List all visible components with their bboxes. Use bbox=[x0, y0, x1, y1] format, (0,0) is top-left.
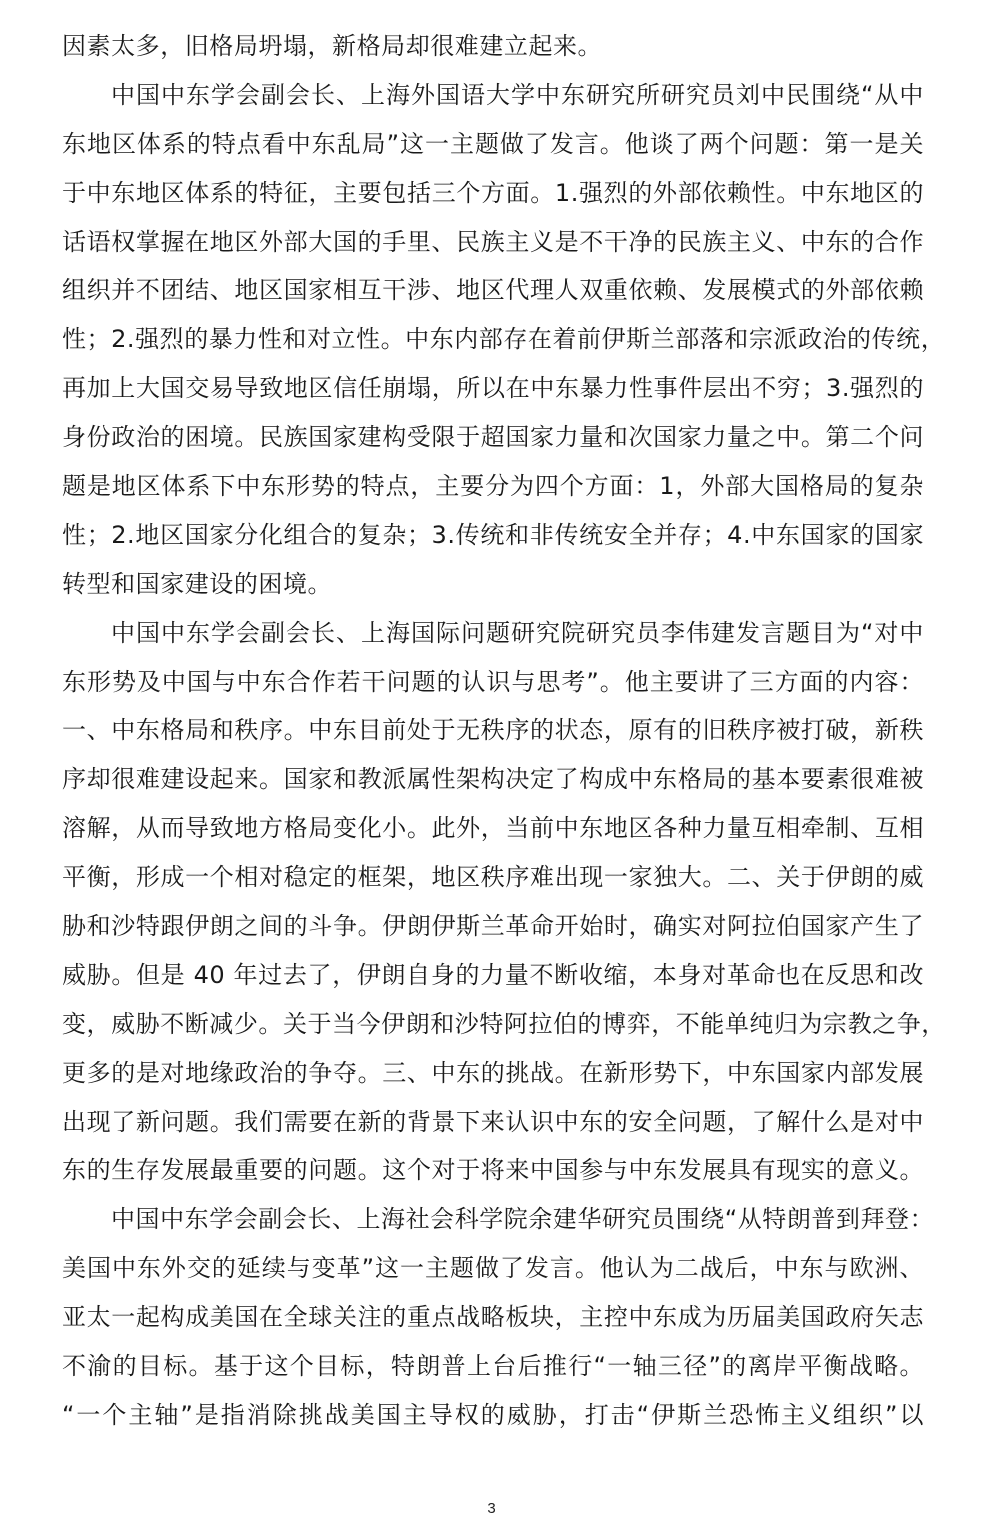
text-line: 性；2.强烈的暴力性和对立性。中东内部存在着前伊斯兰部落和宗派政治的传统， bbox=[62, 315, 924, 364]
text-line: 组织并不团结、地区国家相互干涉、地区代理人双重依赖、发展模式的外部依赖 bbox=[62, 266, 924, 315]
text-line: 威胁。但是 40 年过去了，伊朗自身的力量不断收缩，本身对革命也在反思和改 bbox=[62, 951, 924, 1000]
text-line: 身份政治的困境。民族国家建构受限于超国家力量和次国家力量之中。第二个问 bbox=[62, 413, 924, 462]
paragraph-continuation: 因素太多，旧格局坍塌，新格局却很难建立起来。 bbox=[62, 22, 924, 71]
text-line: 亚太一起构成美国在全球关注的重点战略板块，主控中东成为历届美国政府矢志 bbox=[62, 1293, 924, 1342]
text-line: 序却很难建设起来。国家和教派属性架构决定了构成中东格局的基本要素很难被 bbox=[62, 755, 924, 804]
text-line: 东形势及中国与中东合作若干问题的认识与思考”。他主要讲了三方面的内容： bbox=[62, 658, 924, 707]
text-line: 中国中东学会副会长、上海国际问题研究院研究员李伟建发言题目为“对中 bbox=[62, 609, 924, 658]
text-line: 溶解，从而导致地方格局变化小。此外，当前中东地区各种力量互相牵制、互相 bbox=[62, 804, 924, 853]
text-line: 中国中东学会副会长、上海社会科学院余建华研究员围绕“从特朗普到拜登： bbox=[62, 1195, 924, 1244]
text-line: 一、中东格局和秩序。中东目前处于无秩序的状态，原有的旧秩序被打破，新秩 bbox=[62, 706, 924, 755]
page-number: 3 bbox=[0, 1500, 983, 1517]
text-line: 中国中东学会副会长、上海外国语大学中东研究所研究员刘中民围绕“从中 bbox=[62, 71, 924, 120]
text-line: 胁和沙特跟伊朗之间的斗争。伊朗伊斯兰革命开始时，确实对阿拉伯国家产生了 bbox=[62, 902, 924, 951]
paragraph-liu-zhongmin: 中国中东学会副会长、上海外国语大学中东研究所研究员刘中民围绕“从中 东地区体系的… bbox=[62, 71, 924, 609]
paragraph-li-weijian: 中国中东学会副会长、上海国际问题研究院研究员李伟建发言题目为“对中 东形势及中国… bbox=[62, 609, 924, 1196]
text-line: 题是地区体系下中东形势的特点，主要分为四个方面：1，外部大国格局的复杂 bbox=[62, 462, 924, 511]
text-line: 不渝的目标。基于这个目标，特朗普上台后推行“一轴三径”的离岸平衡战略。 bbox=[62, 1342, 924, 1391]
document-body: 因素太多，旧格局坍塌，新格局却很难建立起来。 中国中东学会副会长、上海外国语大学… bbox=[62, 22, 924, 1440]
text-line: 性；2.地区国家分化组合的复杂；3.传统和非传统安全并存；4.中东国家的国家 bbox=[62, 511, 924, 560]
text-line: 东的生存发展最重要的问题。这个对于将来中国参与中东发展具有现实的意义。 bbox=[62, 1146, 924, 1195]
text-line: 更多的是对地缘政治的争夺。三、中东的挑战。在新形势下，中东国家内部发展 bbox=[62, 1049, 924, 1098]
text-line: 平衡，形成一个相对稳定的框架，地区秩序难出现一家独大。二、关于伊朗的威 bbox=[62, 853, 924, 902]
text-line: “一个主轴”是指消除挑战美国主导权的威胁，打击“伊斯兰恐怖主义组织”以 bbox=[62, 1391, 924, 1440]
text-line: 话语权掌握在地区外部大国的手里、民族主义是不干净的民族主义、中东的合作 bbox=[62, 218, 924, 267]
text-line: 于中东地区体系的特征，主要包括三个方面。1.强烈的外部依赖性。中东地区的 bbox=[62, 169, 924, 218]
text-line: 再加上大国交易导致地区信任崩塌，所以在中东暴力性事件层出不穷；3.强烈的 bbox=[62, 364, 924, 413]
text-line: 东地区体系的特点看中东乱局”这一主题做了发言。他谈了两个问题：第一是关 bbox=[62, 120, 924, 169]
text-line: 变，威胁不断减少。关于当今伊朗和沙特阿拉伯的博弈，不能单纯归为宗教之争， bbox=[62, 1000, 924, 1049]
text-line: 美国中东外交的延续与变革”这一主题做了发言。他认为二战后，中东与欧洲、 bbox=[62, 1244, 924, 1293]
paragraph-yu-jianhua: 中国中东学会副会长、上海社会科学院余建华研究员围绕“从特朗普到拜登： 美国中东外… bbox=[62, 1195, 924, 1439]
text-line: 转型和国家建设的困境。 bbox=[62, 560, 924, 609]
text-line: 出现了新问题。我们需要在新的背景下来认识中东的安全问题，了解什么是对中 bbox=[62, 1098, 924, 1147]
text-line: 因素太多，旧格局坍塌，新格局却很难建立起来。 bbox=[62, 22, 924, 71]
